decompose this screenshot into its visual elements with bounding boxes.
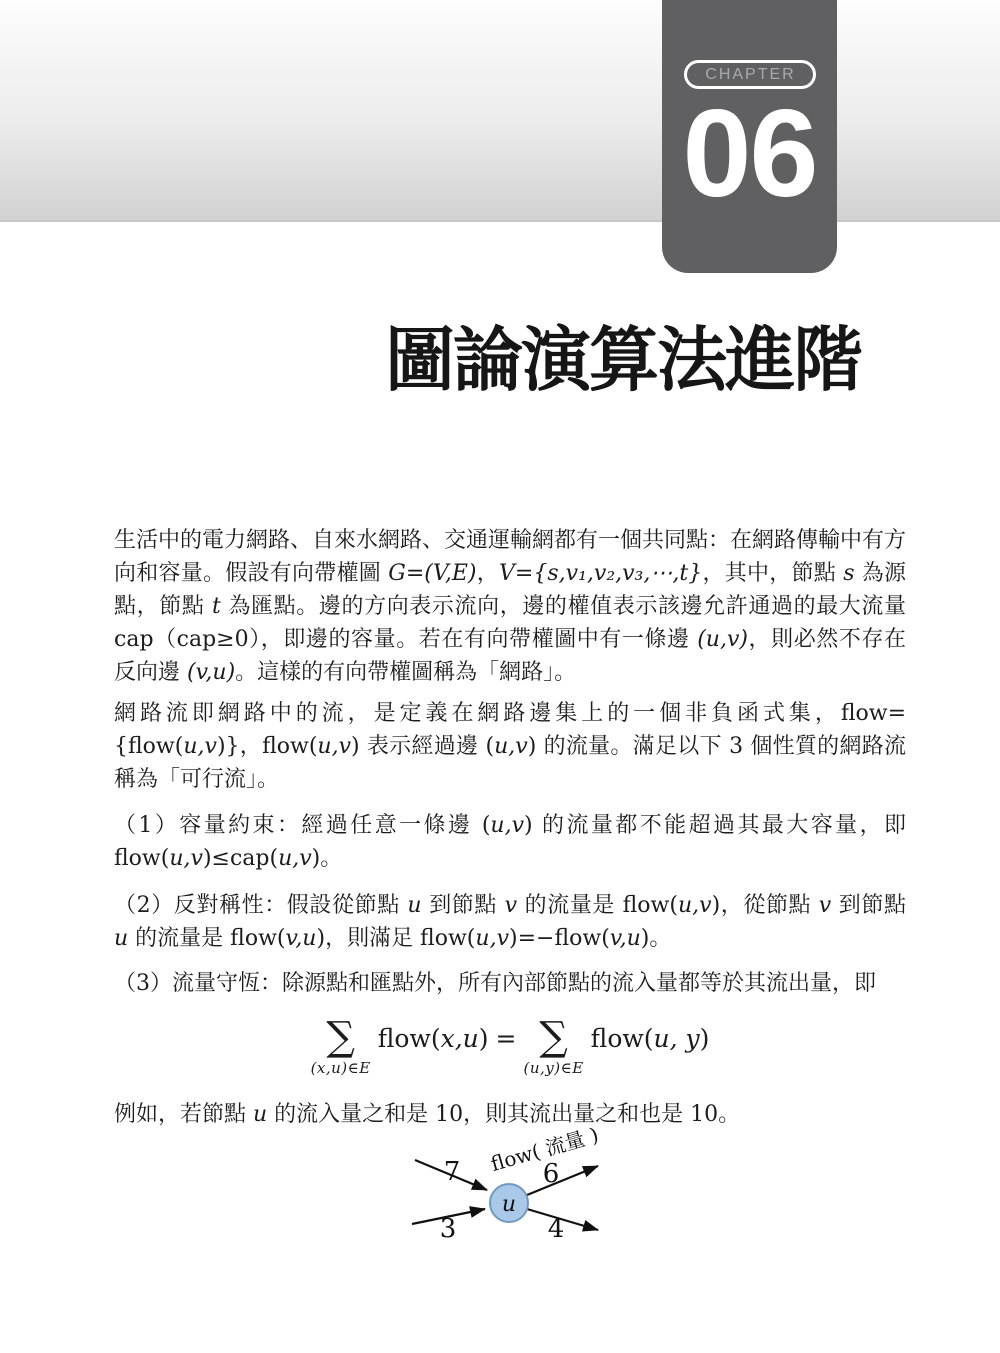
summation-rhs: ∑ (u,y)∈E	[523, 1017, 583, 1077]
page-title: 圖論演算法進階	[385, 320, 861, 401]
out-label-6: 6	[543, 1159, 560, 1189]
property-flow-conservation: （3）流量守恆：除源點和匯點外，所有內部節點的流入量都等於其流出量，即	[114, 967, 906, 1000]
book-page: CHAPTER 06 圖論演算法進階 生活中的電力網路、自來水網路、交通運輸網都…	[0, 0, 1000, 1353]
summation-lhs-limits: (x,u)∈E	[311, 1059, 371, 1077]
node-u-label: u	[502, 1192, 516, 1217]
paragraph-intro: 生活中的電力網路、自來水網路、交通運輸網都有一個共同點：在網路傳輸中有方向和容量…	[114, 524, 906, 689]
flow-node-diagram: u 7 3 6 4 flow( 流量 )	[388, 1124, 620, 1246]
summation-rhs-limits: (u,y)∈E	[523, 1059, 583, 1077]
formula-lhs-body: flow(x,u)	[378, 1024, 489, 1054]
body-content: 生活中的電力網路、自來水網路、交通運輸網都有一個共同點：在網路傳輸中有方向和容量…	[114, 524, 906, 1131]
chapter-badge: CHAPTER 06	[662, 0, 837, 273]
in-label-3: 3	[440, 1214, 457, 1244]
flow-conservation-formula: ∑ (x,u)∈E flow(x,u) = ∑ (u,y)∈E flow(u, …	[114, 1017, 906, 1077]
out-edge-top	[527, 1166, 598, 1195]
sigma-icon: ∑	[539, 1017, 568, 1057]
property-antisymmetry: （2）反對稱性：假設從節點 u 到節點 v 的流量是 flow(u,v)，從節點…	[114, 889, 906, 955]
chapter-number: 06	[662, 92, 837, 216]
formula-rhs-body: flow(u, y)	[591, 1024, 710, 1054]
out-label-4: 4	[548, 1214, 565, 1244]
chapter-label: CHAPTER	[703, 66, 795, 84]
summation-lhs: ∑ (x,u)∈E	[311, 1017, 371, 1077]
header-gradient	[0, 0, 1000, 222]
in-label-7: 7	[444, 1157, 461, 1187]
paragraph-network-flow: 網路流即網路中的流，是定義在網路邊集上的一個非負函式集，flow= {flow(…	[114, 697, 906, 796]
sigma-icon: ∑	[326, 1017, 355, 1057]
equals-sign: =	[496, 1024, 517, 1054]
property-capacity-constraint: （1）容量約束：經過任意一條邊 (u,v) 的流量都不能超過其最大容量，即 fl…	[114, 809, 906, 875]
